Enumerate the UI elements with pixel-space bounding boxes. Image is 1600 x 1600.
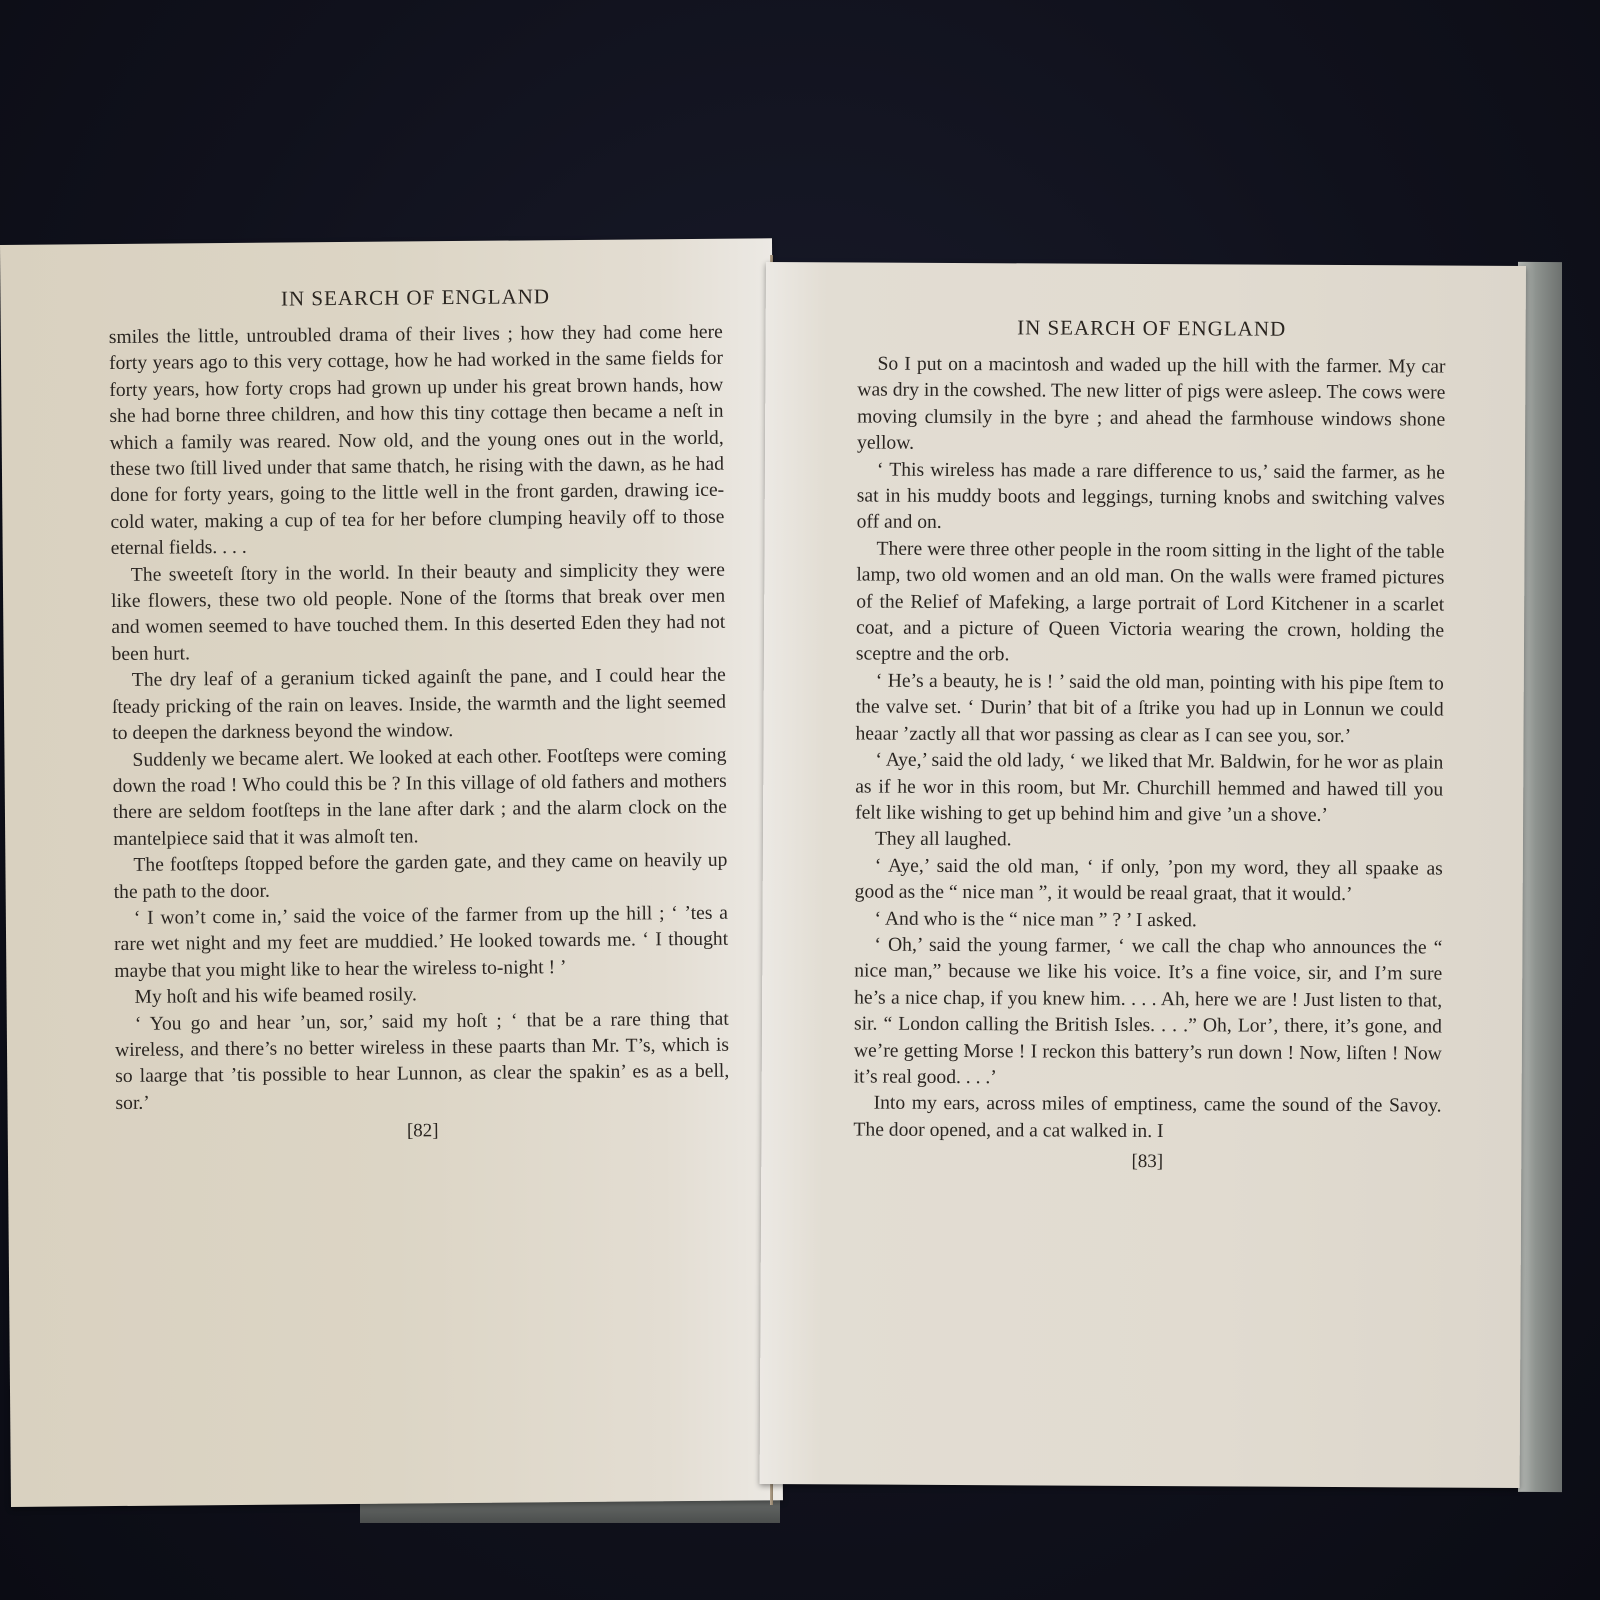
paragraph: There were three other people in the roo… bbox=[856, 536, 1445, 671]
left-page: IN SEARCH OF ENGLAND smiles the little, … bbox=[0, 238, 783, 1507]
running-head: IN SEARCH OF ENGLAND bbox=[858, 314, 1446, 342]
page-body: So I put on a macintosh and waded up the… bbox=[853, 351, 1445, 1146]
paragraph: ‘ I won’t come in,’ said the voice of th… bbox=[114, 901, 729, 986]
right-page: IN SEARCH OF ENGLAND So I put on a macin… bbox=[760, 262, 1526, 1488]
paragraph: ‘ You go and hear ’un, sor,’ said my hoſ… bbox=[115, 1006, 730, 1117]
paragraph: smiles the little, untroubled drama of t… bbox=[109, 320, 725, 563]
page-body: smiles the little, untroubled drama of t… bbox=[109, 320, 730, 1118]
paragraph: The sweeteſt ſtory in the world. In thei… bbox=[111, 557, 726, 668]
page-number: [82] bbox=[116, 1118, 730, 1145]
paragraph: ‘ Aye,’ said the old lady, ‘ we liked th… bbox=[855, 748, 1443, 830]
paragraph: The dry leaf of a geranium ticked againſ… bbox=[112, 663, 727, 748]
paragraph: They all laughed. bbox=[855, 827, 1443, 856]
paragraph: ‘ And who is the “ nice man ” ? ’ I aske… bbox=[854, 906, 1442, 935]
paragraph: ‘ Oh,’ said the young farmer, ‘ we call … bbox=[854, 932, 1443, 1094]
paragraph: So I put on a macintosh and waded up the… bbox=[857, 351, 1446, 460]
paragraph: ‘ He’s a beauty, he is ! ’ said the old … bbox=[855, 668, 1443, 750]
paragraph: The footſteps ſtopped before the garden … bbox=[113, 848, 727, 906]
paragraph: ‘ This wireless has made a rare differen… bbox=[857, 457, 1445, 539]
page-number: [83] bbox=[853, 1150, 1441, 1175]
running-head: IN SEARCH OF ENGLAND bbox=[108, 283, 722, 313]
paragraph: ‘ Aye,’ said the old man, ‘ if only, ’po… bbox=[855, 853, 1443, 909]
paragraph: Into my ears, across miles of emptiness,… bbox=[853, 1091, 1441, 1147]
paragraph: Suddenly we became alert. We looked at e… bbox=[112, 742, 727, 853]
